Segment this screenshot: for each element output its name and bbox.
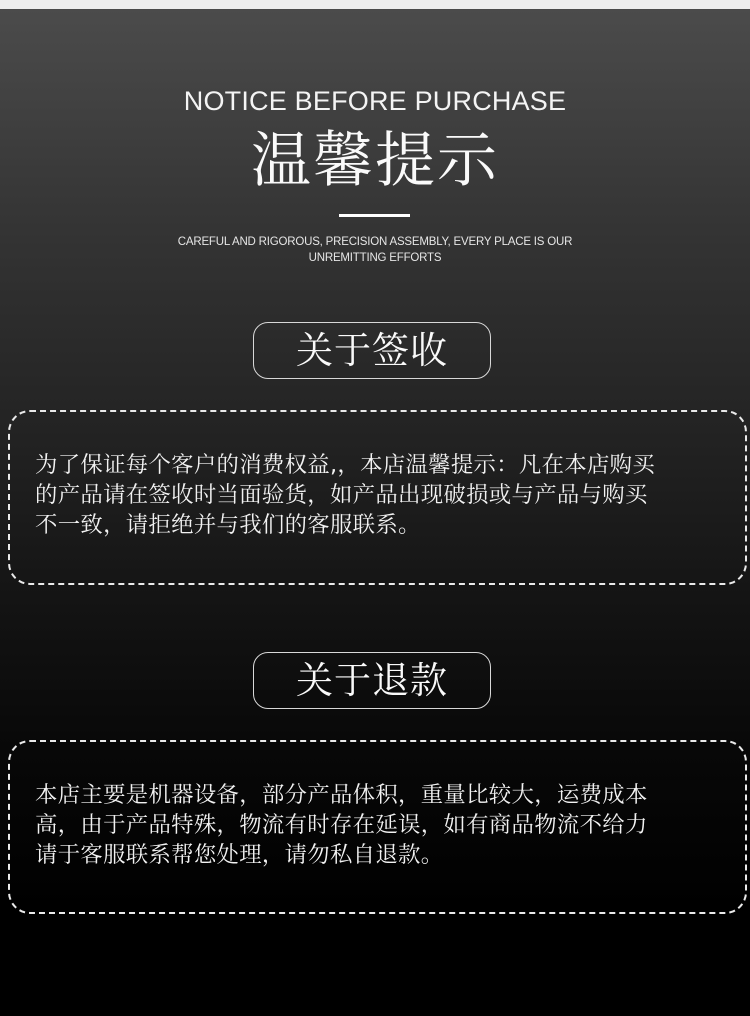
subtitle-line: CAREFUL AND RIGOROUS, PRECISION ASSEMBLY… [160,234,590,250]
notice-line: 请于客服联系帮您处理，请勿私自退款。 [35,840,735,870]
chinese-title: 温馨提示 [0,122,750,200]
notice-box-refund: 本店主要是机器设备，部分产品体积，重量比较大，运费成本 高，由于产品特殊，物流有… [8,740,747,914]
subtitle: CAREFUL AND RIGOROUS, PRECISION ASSEMBLY… [160,234,590,266]
subtitle-line: UNREMITTING EFFORTS [160,250,590,266]
section-heading-signing: 关于签收 [253,322,491,379]
section-heading-label: 关于签收 [296,323,448,378]
notice-line: 的产品请在签收时当面验货，如产品出现破损或与产品与购买 [35,480,735,510]
notice-line: 高，由于产品特殊，物流有时存在延误，如有商品物流不给力 [35,810,735,840]
english-title: NOTICE BEFORE PURCHASE [0,86,750,117]
top-strip [0,0,750,9]
notice-line: 不一致，请拒绝并与我们的客服联系。 [35,510,735,540]
section-heading-label: 关于退款 [296,653,448,708]
notice-box-signing: 为了保证每个客户的消费权益,，本店温馨提示：凡在本店购买 的产品请在签收时当面验… [8,410,747,585]
title-underline [339,214,410,217]
section-heading-refund: 关于退款 [253,652,491,709]
notice-line: 本店主要是机器设备，部分产品体积，重量比较大，运费成本 [35,780,735,810]
notice-line: 为了保证每个客户的消费权益,，本店温馨提示：凡在本店购买 [35,450,735,480]
notice-text: 为了保证每个客户的消费权益,，本店温馨提示：凡在本店购买 的产品请在签收时当面验… [35,450,735,540]
notice-text: 本店主要是机器设备，部分产品体积，重量比较大，运费成本 高，由于产品特殊，物流有… [35,780,735,870]
